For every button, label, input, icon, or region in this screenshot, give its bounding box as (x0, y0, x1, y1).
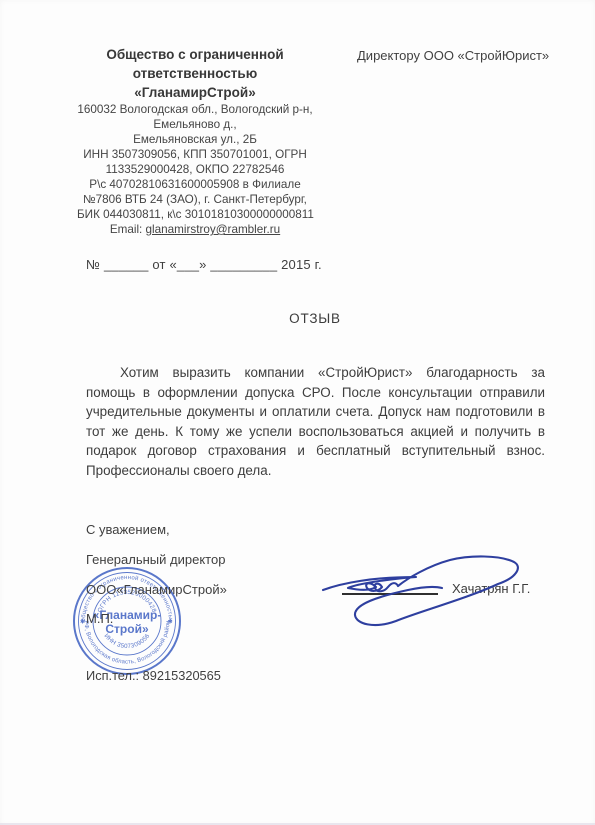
company-stamp: Общество с ограниченной ответственностью… (67, 561, 187, 681)
stamp-separator-star: ✱ (168, 619, 173, 626)
handwritten-signature (318, 554, 533, 639)
address-line: №7806 ВТБ 24 (ЗАО), г. Санкт-Петербург, (77, 192, 313, 207)
closing-company: ООО«ГланамирСтрой» (86, 582, 227, 597)
email-label: Email: (110, 223, 146, 236)
company-name-line: «ГланамирСтрой» (77, 83, 313, 102)
stamp-separator-star: ✱ (80, 619, 85, 626)
address-line: Емельяново д., (77, 117, 313, 132)
address-line: 160032 Вологодская обл., Вологодский р-н… (77, 102, 313, 117)
company-name-line: ответственностью (77, 64, 313, 83)
address-line: Емельяновская ул., 2Б (77, 132, 313, 147)
contact-phone: Исп.тел.: 89215320565 (86, 668, 221, 683)
company-name-line: Общество с ограниченной (77, 45, 313, 64)
closing-regards: С уважением, (86, 522, 170, 537)
recipient-line: Директору ООО «СтройЮрист» (357, 48, 549, 63)
body-paragraph: Хотим выразить компании «СтройЮрист» бла… (86, 363, 545, 480)
letterhead-block: Общество с ограниченной ответственностью… (77, 45, 313, 237)
document-title: ОТЗЫВ (85, 311, 545, 326)
address-line: БИК 044030811, к\с 30101810300000000811 (77, 207, 313, 222)
email-line: Email: glanamirstroy@rambler.ru (77, 222, 313, 237)
address-line: 1133529000428, ОКПО 22782546 (77, 162, 313, 177)
email-link: glanamirstroy@rambler.ru (146, 223, 281, 236)
reference-number-line: № ______ от «___» _________ 2015 г. (86, 257, 322, 272)
address-line: Р\с 40702810631600005908 в Филиале (77, 177, 313, 192)
address-line: ИНН 3507309056, КПП 350701001, ОГРН (77, 147, 313, 162)
scanned-letter-page: Общество с ограниченной ответственностью… (0, 0, 595, 825)
seal-mark: М.П. (86, 611, 113, 626)
